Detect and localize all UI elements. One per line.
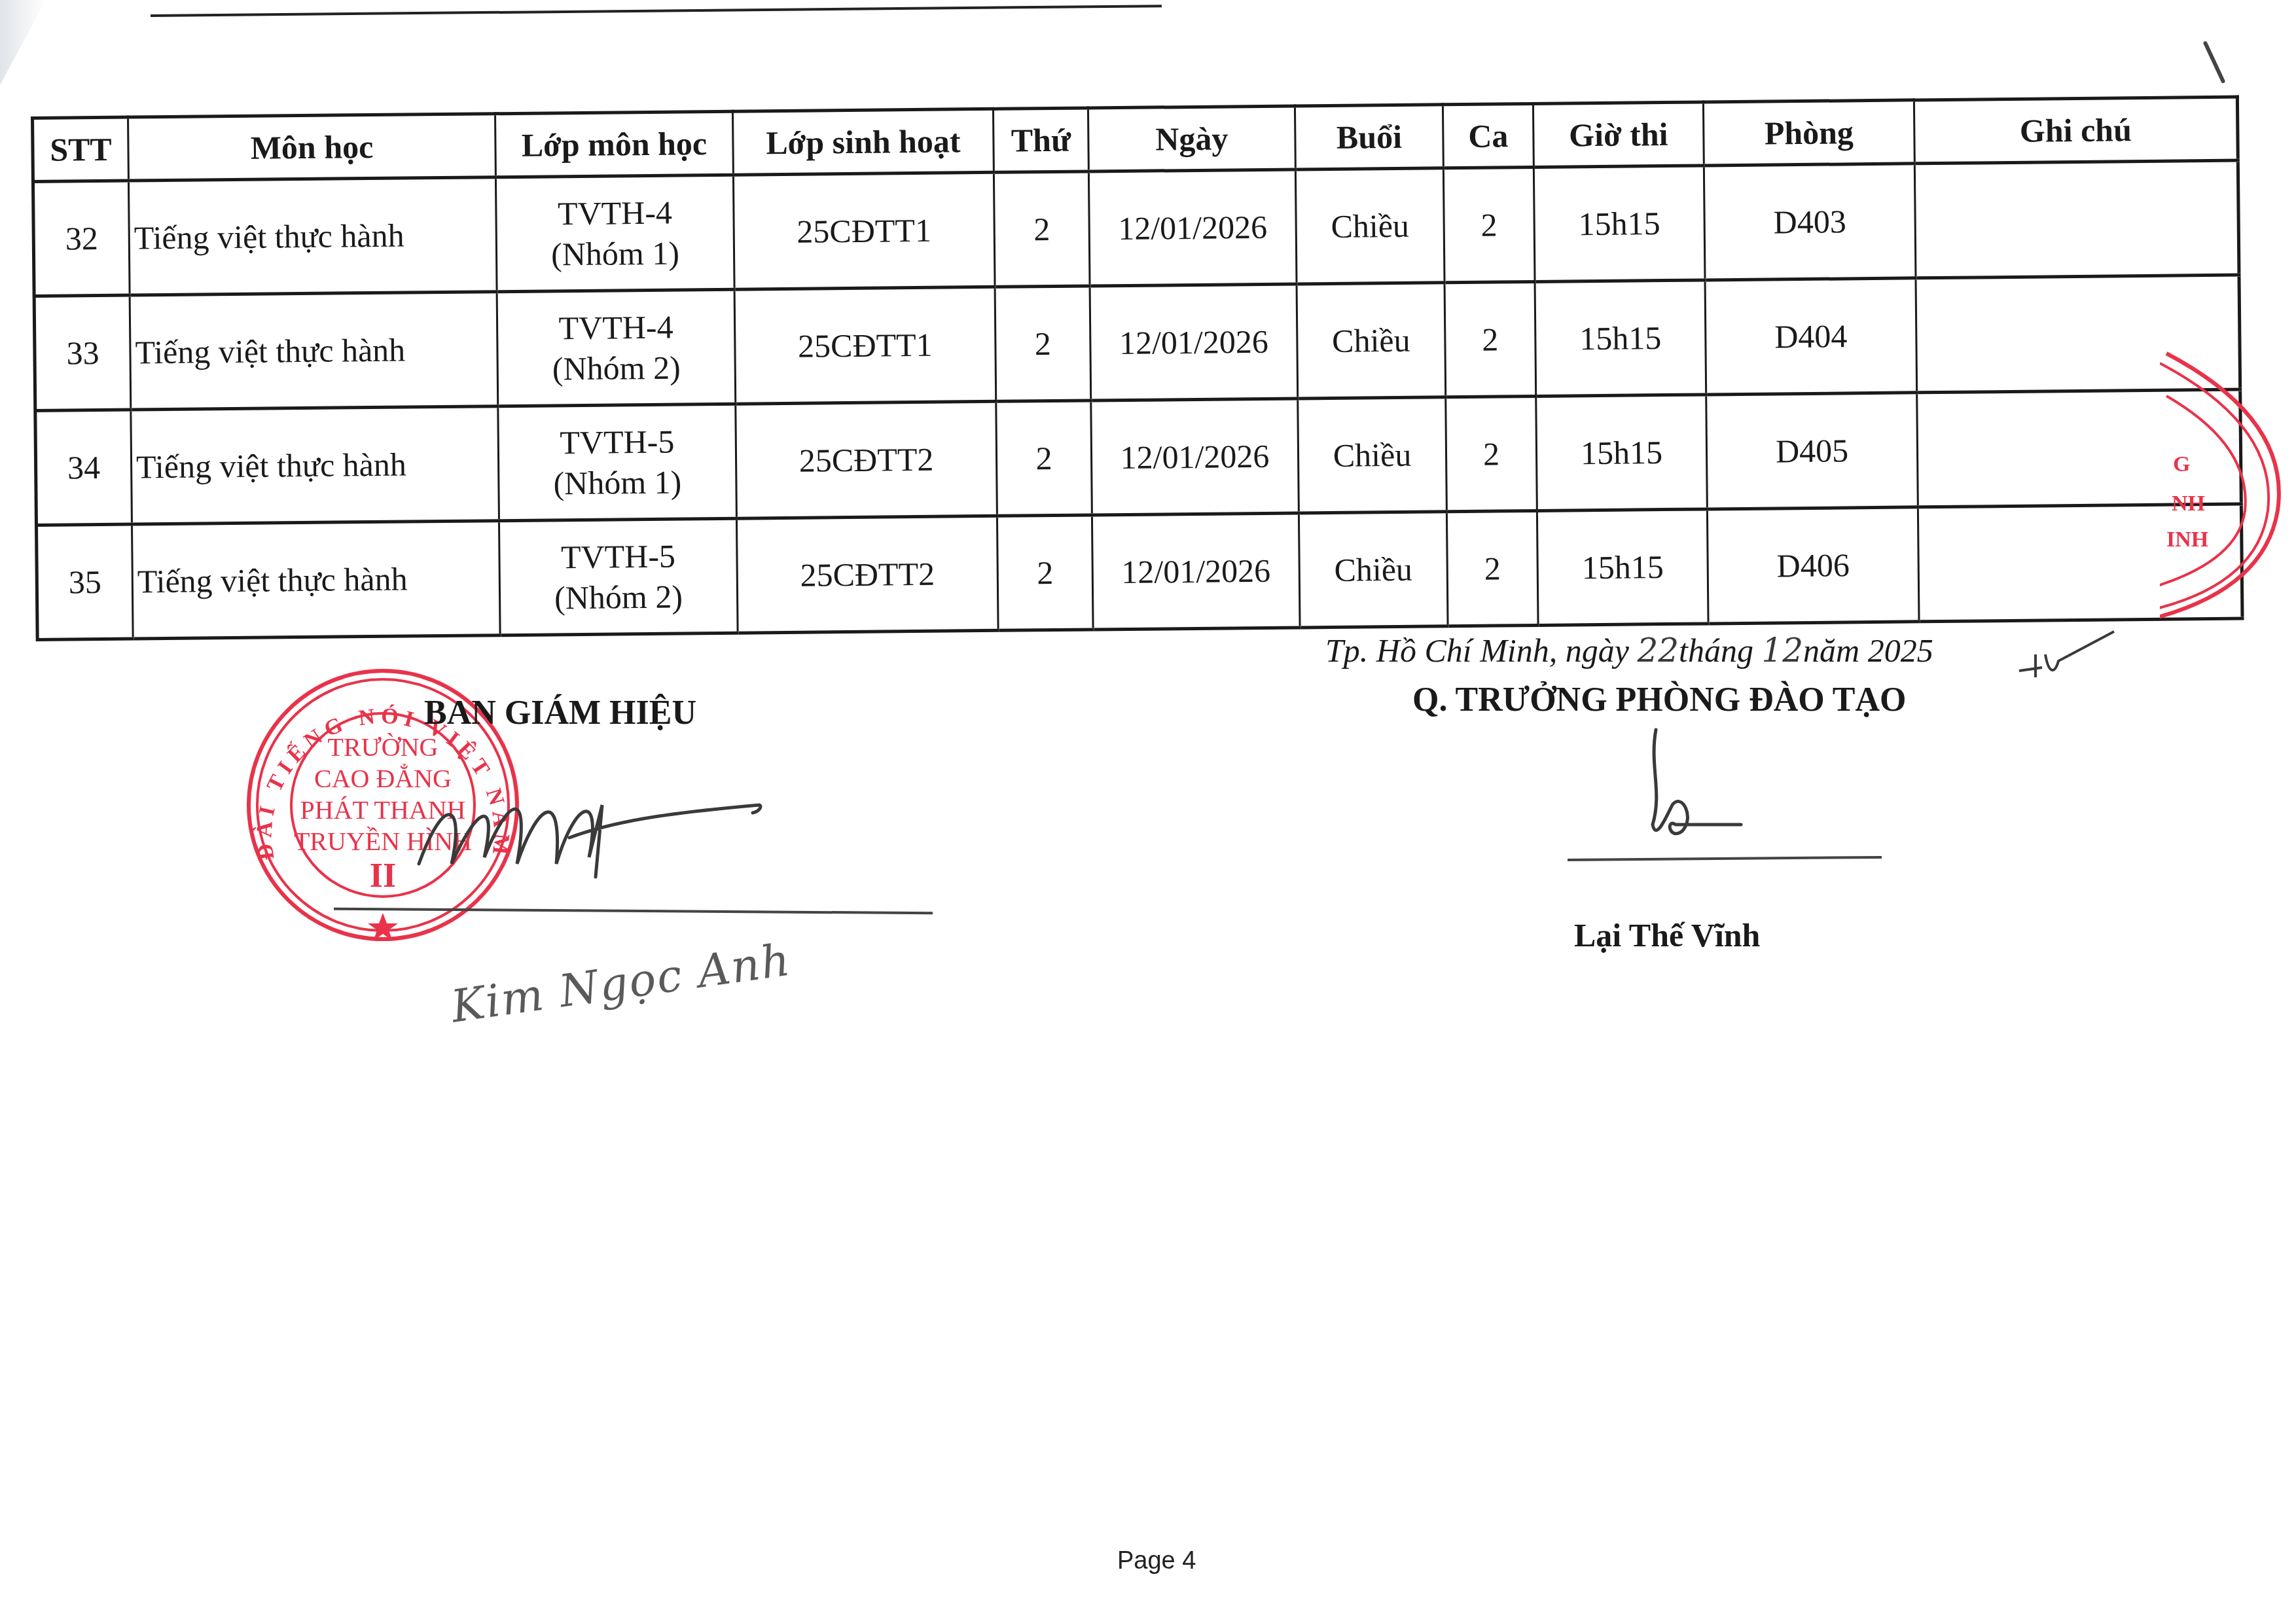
course-group: (Nhóm 1) bbox=[499, 461, 736, 505]
date-year: năm 2025 bbox=[1803, 632, 1933, 669]
cell-exam-time: 15h15 bbox=[1535, 280, 1706, 396]
cell-course-class: TVTH-5(Nhóm 2) bbox=[499, 518, 738, 635]
table-row: 32 Tiếng việt thực hành TVTH-4(Nhóm 1) 2… bbox=[33, 160, 2239, 296]
header-home-class: Lớp sinh hoạt bbox=[732, 109, 994, 175]
cell-weekday: 2 bbox=[997, 515, 1093, 630]
cell-stt: 34 bbox=[35, 410, 132, 525]
svg-text:TRƯỜNG: TRƯỜNG bbox=[328, 732, 439, 762]
exam-schedule-table: STT Môn học Lớp môn học Lớp sinh hoạt Th… bbox=[31, 96, 2244, 641]
cell-subject: Tiếng việt thực hành bbox=[130, 292, 498, 410]
header-note: Ghi chú bbox=[1914, 97, 2238, 164]
cell-subject: Tiếng việt thực hành bbox=[131, 406, 499, 524]
training-head-name: Lại Thế Vĩnh bbox=[1574, 916, 1760, 954]
cell-course-class: TVTH-5(Nhóm 1) bbox=[498, 404, 737, 520]
course-group: (Nhóm 1) bbox=[497, 232, 734, 276]
header-subject: Môn học bbox=[128, 114, 496, 181]
cell-exam-time: 15h15 bbox=[1536, 395, 1708, 510]
cell-shift: 2 bbox=[1446, 510, 1538, 626]
cell-home-class: 25CĐTT2 bbox=[736, 516, 998, 633]
header-room: Phòng bbox=[1703, 100, 1914, 166]
cell-date: 12/01/2026 bbox=[1092, 513, 1300, 630]
cell-room: D405 bbox=[1706, 393, 1918, 509]
cell-weekday: 2 bbox=[996, 401, 1092, 516]
course-class-code: TVTH-5 bbox=[499, 420, 736, 463]
cell-exam-time: 15h15 bbox=[1537, 509, 1708, 625]
cell-weekday: 2 bbox=[994, 171, 1090, 287]
cell-stt: 35 bbox=[36, 524, 133, 639]
date-prefix: Tp. Hồ Chí Minh, ngày bbox=[1325, 632, 1629, 669]
course-group: (Nhóm 2) bbox=[498, 347, 734, 390]
cell-session: Chiều bbox=[1297, 283, 1446, 399]
svg-text:NH: NH bbox=[2172, 491, 2205, 516]
header-weekday: Thứ bbox=[993, 108, 1088, 172]
cell-home-class: 25CĐTT2 bbox=[736, 401, 997, 518]
cell-date: 12/01/2026 bbox=[1091, 399, 1299, 515]
table-row: 34 Tiếng việt thực hành TVTH-5(Nhóm 1) 2… bbox=[35, 389, 2242, 525]
header-shift: Ca bbox=[1443, 103, 1534, 168]
board-title: BAN GIÁM HIỆU bbox=[424, 694, 696, 732]
cell-room: D403 bbox=[1704, 164, 1916, 280]
cell-shift: 2 bbox=[1446, 396, 1537, 511]
cell-session: Chiều bbox=[1298, 397, 1447, 513]
cell-home-class: 25CĐTT1 bbox=[733, 172, 995, 289]
cell-weekday: 2 bbox=[995, 286, 1091, 401]
training-head-title: Q. TRƯỞNG PHÒNG ĐÀO TẠO bbox=[1412, 681, 1907, 719]
cell-subject: Tiếng việt thực hành bbox=[132, 521, 500, 639]
course-group: (Nhóm 2) bbox=[501, 576, 737, 619]
date-month: 12 bbox=[1761, 632, 1803, 669]
header-session: Buổi bbox=[1295, 105, 1443, 169]
date-day: 22 bbox=[1637, 632, 1679, 669]
cell-subject: Tiếng việt thực hành bbox=[128, 177, 497, 295]
header-stt: STT bbox=[33, 117, 129, 181]
cell-session: Chiều bbox=[1295, 168, 1444, 284]
cell-session: Chiều bbox=[1299, 512, 1448, 628]
cell-shift: 2 bbox=[1444, 281, 1536, 397]
header-exam-time: Giờ thi bbox=[1533, 102, 1704, 167]
scan-corner-mark bbox=[2202, 41, 2225, 84]
page-number: Page 4 bbox=[1117, 1547, 1196, 1575]
svg-text:INH: INH bbox=[2166, 527, 2208, 552]
table-row: 33 Tiếng việt thực hành TVTH-4(Nhóm 2) 2… bbox=[34, 275, 2240, 410]
header-date: Ngày bbox=[1088, 106, 1295, 171]
initial-mark bbox=[2016, 628, 2121, 681]
place-date-line: Tp. Hồ Chí Minh, ngày 22tháng 12năm 2025 bbox=[1325, 632, 1933, 669]
svg-text:II: II bbox=[370, 857, 396, 895]
svg-text:G: G bbox=[2173, 452, 2190, 476]
course-class-code: TVTH-4 bbox=[497, 191, 733, 234]
header-course-class: Lớp môn học bbox=[495, 111, 733, 177]
cell-room: D404 bbox=[1705, 278, 1917, 395]
cell-date: 12/01/2026 bbox=[1090, 284, 1298, 401]
cell-stt: 32 bbox=[33, 181, 130, 296]
cell-stt: 33 bbox=[34, 295, 131, 410]
cell-note bbox=[1914, 160, 2239, 278]
principal-name: Kim Ngọc Anh bbox=[448, 935, 795, 1033]
previous-page-table-edge bbox=[151, 5, 1162, 17]
cell-exam-time: 15h15 bbox=[1534, 166, 1705, 281]
cell-course-class: TVTH-4(Nhóm 1) bbox=[495, 175, 734, 291]
signature-line-right bbox=[1568, 856, 1882, 861]
principal-signature bbox=[406, 766, 772, 897]
cell-course-class: TVTH-4(Nhóm 2) bbox=[497, 289, 736, 406]
cell-shift: 2 bbox=[1443, 167, 1535, 282]
cell-room: D406 bbox=[1707, 507, 1919, 624]
training-head-signature bbox=[1636, 726, 1806, 857]
partial-stamp-right: G NH INH bbox=[2160, 340, 2296, 628]
cell-home-class: 25CĐTT1 bbox=[734, 287, 996, 404]
cell-date: 12/01/2026 bbox=[1088, 169, 1297, 286]
date-month-label: tháng bbox=[1679, 632, 1753, 669]
table-row: 35 Tiếng việt thực hành TVTH-5(Nhóm 2) 2… bbox=[36, 504, 2242, 639]
scan-edge-shadow bbox=[0, 0, 46, 85]
course-class-code: TVTH-5 bbox=[500, 535, 736, 578]
course-class-code: TVTH-4 bbox=[498, 306, 734, 349]
